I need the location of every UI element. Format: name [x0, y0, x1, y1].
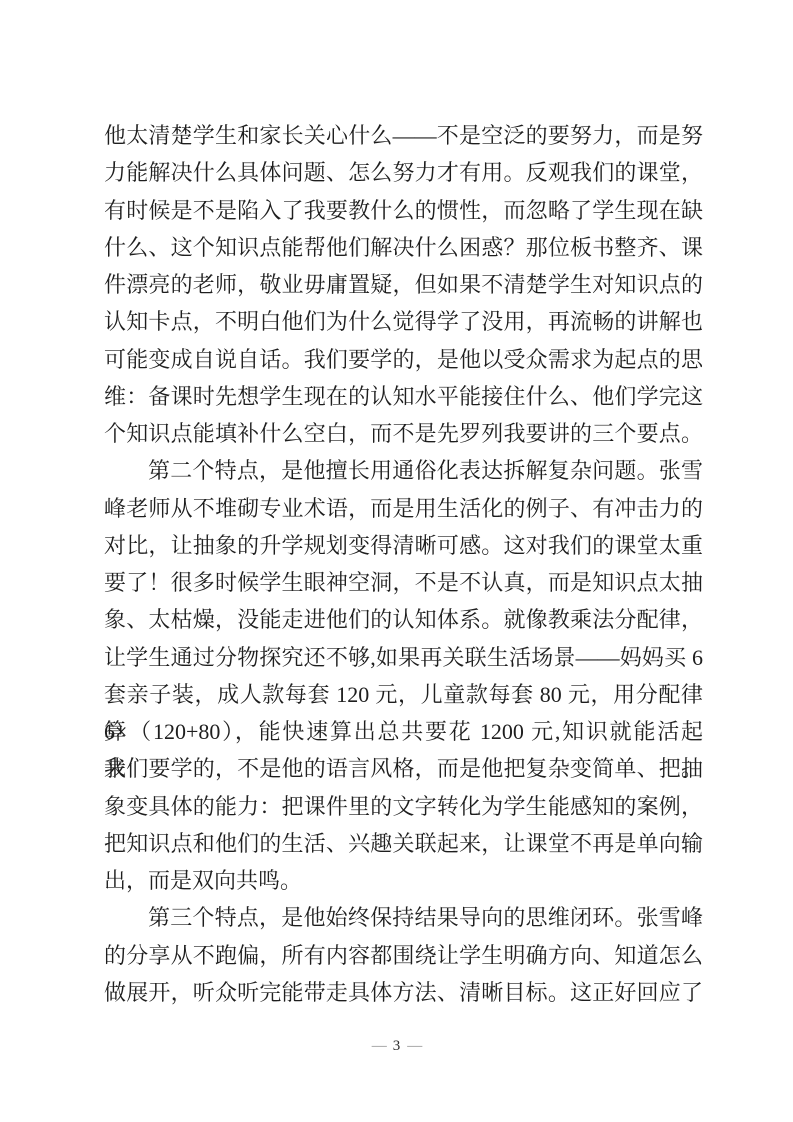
page-number: 3 [393, 1038, 401, 1054]
text-line: 认知卡点，不明白他们为什么觉得学了没用，再流畅的讲解也 [104, 303, 703, 340]
document-body-text: 他太清楚学生和家长关心什么——不是空泛的要努力，而是努力能解决什么具体问题、怎么… [104, 117, 703, 1011]
text-line: 力能解决什么具体问题、怎么努力才有用。反观我们的课堂， [104, 154, 703, 191]
text-line: 第三个特点，是他始终保持结果导向的思维闭环。张雪峰 [104, 899, 703, 936]
text-line: 有时候是不是陷入了我要教什么的惯性，而忽略了学生现在缺 [104, 192, 703, 229]
text-line: 我们要学的，不是他的语言风格，而是他把复杂变简单、把抽 [104, 750, 703, 787]
text-line: 让学生通过分物探究还不够,如果再关联生活场景——妈妈买 6 [104, 639, 703, 676]
text-line: 件漂亮的老师，敬业毋庸置疑，但如果不清楚学生对知识点的 [104, 266, 703, 303]
text-line: 套亲子装，成人款每套 120 元，儿童款每套 80 元，用分配律算 [104, 676, 703, 713]
text-line: 他太清楚学生和家长关心什么——不是空泛的要努力，而是努 [104, 117, 703, 154]
text-line: 6×（120+80），能快速算出总共要花 1200 元,知识就能活起来。 [104, 713, 703, 750]
page-footer: —3— [0, 1036, 793, 1056]
footer-dash-left: — [372, 1038, 386, 1054]
footer-dash-right: — [407, 1038, 421, 1054]
text-line: 峰老师从不堆砌专业术语，而是用生活化的例子、有冲击力的 [104, 490, 703, 527]
text-line: 对比，让抽象的升学规划变得清晰可感。这对我们的课堂太重 [104, 527, 703, 564]
text-line: 把知识点和他们的生活、兴趣关联起来，让课堂不再是单向输 [104, 825, 703, 862]
text-line: 象变具体的能力：把课件里的文字转化为学生能感知的案例， [104, 788, 703, 825]
text-line: 做展开，听众听完能带走具体方法、清晰目标。这正好回应了 [104, 974, 703, 1011]
text-line: 维：备课时先想学生现在的认知水平能接住什么、他们学完这 [104, 378, 703, 415]
text-line: 什么、这个知识点能帮他们解决什么困惑？那位板书整齐、课 [104, 229, 703, 266]
document-page: 他太清楚学生和家长关心什么——不是空泛的要努力，而是努力能解决什么具体问题、怎么… [0, 0, 793, 1122]
text-line: 可能变成自说自话。我们要学的，是他以受众需求为起点的思 [104, 341, 703, 378]
text-line: 第二个特点，是他擅长用通俗化表达拆解复杂问题。张雪 [104, 452, 703, 489]
text-line: 象、太枯燥，没能走进他们的认知体系。就像教乘法分配律， [104, 601, 703, 638]
text-line: 出，而是双向共鸣。 [104, 862, 703, 899]
text-line: 的分享从不跑偏，所有内容都围绕让学生明确方向、知道怎么 [104, 937, 703, 974]
text-line: 个知识点能填补什么空白，而不是先罗列我要讲的三个要点。 [104, 415, 703, 452]
text-line: 要了！很多时候学生眼神空洞，不是不认真，而是知识点太抽 [104, 564, 703, 601]
